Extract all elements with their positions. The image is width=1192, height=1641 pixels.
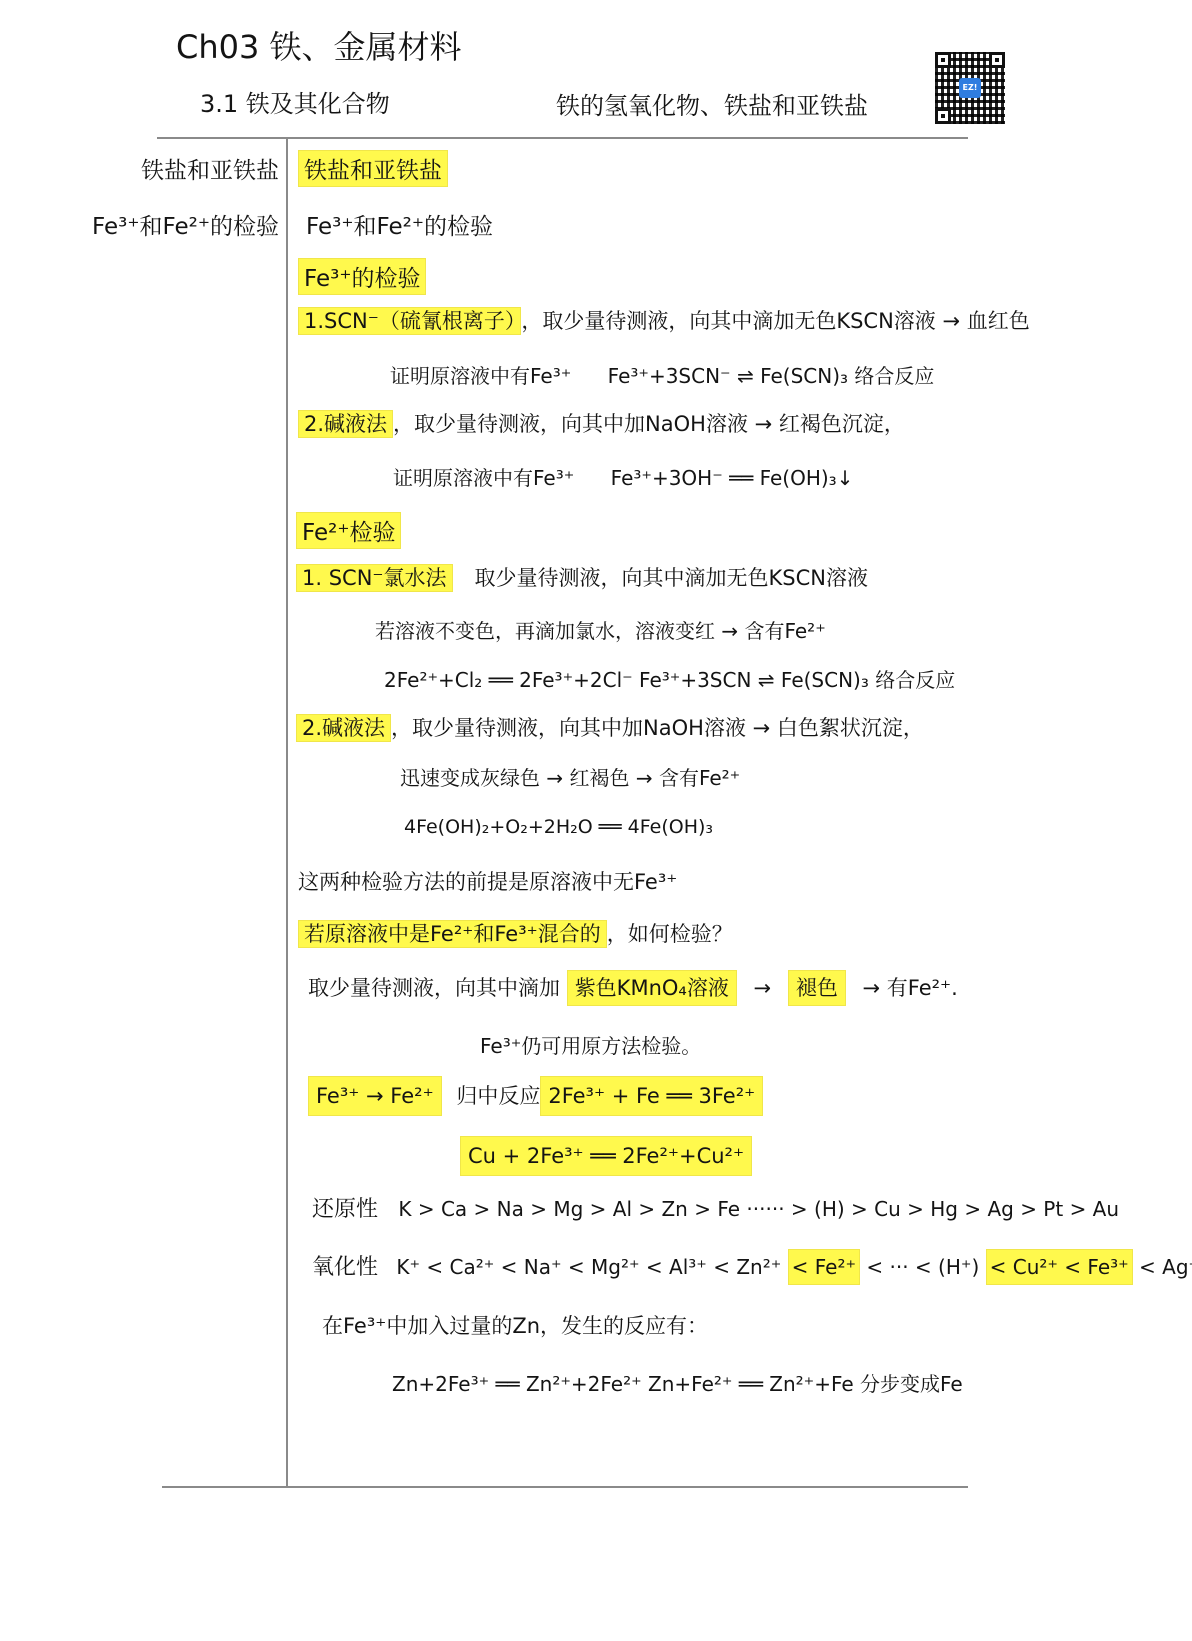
reducing-series-line: 还原性 K > Ca > Na > Mg > Al > Zn > Fe ····…: [312, 1192, 1119, 1223]
qr-finder-icon: [989, 52, 1005, 68]
arrow-icon: →: [754, 976, 772, 1000]
fe2-method2-line: 2.碱液法，取少量待测液，向其中加NaOH溶液 → 白色絮状沉淀，: [296, 712, 924, 742]
mixed-answer-decolor: 褪色: [788, 970, 846, 1006]
fe2-method2-step2: 迅速变成灰绿色 → 红褐色 → 含有Fe²⁺: [400, 762, 740, 791]
zn-equations: Zn+2Fe³⁺ ══ Zn²⁺+2Fe²⁺ Zn+Fe²⁺ ══ Zn²⁺+F…: [392, 1368, 963, 1397]
cue-column-divider: [286, 137, 288, 1487]
notes-subheading: Fe³⁺和Fe²⁺的检验: [306, 208, 493, 241]
premise-note: 这两种检验方法的前提是原溶液中无Fe³⁺: [298, 866, 677, 896]
bottom-divider: [162, 1486, 968, 1488]
mixed-answer-note: Fe³⁺仍可用原方法检验。: [480, 1030, 701, 1059]
oxidizing-series-post: < Ag⁺: [1133, 1255, 1192, 1279]
fe3-method1-text: ，取少量待测液，向其中滴加无色KSCN溶液 → 血红色: [521, 309, 1029, 333]
qr-finder-icon: [935, 108, 951, 124]
topic-title: 铁的氢氧化物、铁盐和亚铁盐: [556, 86, 868, 121]
conversion-equation-2: Cu + 2Fe³⁺ ══ 2Fe²⁺+Cu²⁺: [460, 1136, 752, 1176]
fe2-method1-line: 1. SCN⁻氯水法取少量待测液，向其中滴加无色KSCN溶液: [296, 562, 868, 592]
cue-item-ion-test: Fe³⁺和Fe²⁺的检验: [92, 208, 279, 241]
fe2-method2-label: 2.碱液法: [296, 714, 391, 742]
fe2-method1-label: 1. SCN⁻氯水法: [296, 564, 453, 592]
mixed-answer-pre: 取少量待测液，向其中滴加: [308, 976, 560, 1000]
fe3-method1-result: 证明原溶液中有Fe³⁺ Fe³⁺+3SCN⁻ ⇌ Fe(SCN)₃ 络合反应: [390, 360, 934, 389]
fe2-method2-equation: 4Fe(OH)₂+O₂+2H₂O ══ 4Fe(OH)₃: [404, 816, 713, 838]
fe3-method2-text: ，取少量待测液，向其中加NaOH溶液 → 红褐色沉淀，: [393, 412, 905, 436]
reducing-label: 还原性: [312, 1197, 378, 1222]
conversion-equation-1: 2Fe³⁺ + Fe ══ 3Fe²⁺: [540, 1076, 763, 1116]
oxidizing-series-pre: K⁺ < Ca²⁺ < Na⁺ < Mg²⁺ < Al³⁺ < Zn²⁺: [396, 1255, 787, 1279]
fe2-method1-equation: 2Fe²⁺+Cl₂ ══ 2Fe³⁺+2Cl⁻ Fe³⁺+3SCN ⇌ Fe(S…: [384, 664, 955, 693]
mixed-answer-post: → 有Fe²⁺.: [863, 976, 958, 1000]
fe2-method2-text: ，取少量待测液，向其中加NaOH溶液 → 白色絮状沉淀，: [391, 716, 924, 740]
fe2-test-title: Fe²⁺检验: [296, 512, 401, 549]
section-title: 3.1 铁及其化合物: [200, 84, 390, 119]
mixed-question: 若原溶液中是Fe²⁺和Fe³⁺混合的，如何检验？: [298, 918, 733, 948]
fe3-method1-label: 1.SCN⁻（硫氰根离子）: [298, 307, 521, 335]
oxidizing-highlight-fe2: < Fe²⁺: [788, 1249, 860, 1285]
fe3-method2-label: 2.碱液法: [298, 410, 393, 438]
fe3-method2-result: 证明原溶液中有Fe³⁺ Fe³⁺+3OH⁻ ══ Fe(OH)₃↓: [393, 462, 853, 491]
conversion-highlight: Fe³⁺ → Fe²⁺: [308, 1076, 442, 1116]
conversion-label: 归中反应: [456, 1084, 540, 1108]
mixed-answer: 取少量待测液，向其中滴加 紫色KMnO₄溶液 → 褪色 → 有Fe²⁺.: [308, 972, 958, 1002]
fe3-method2-equation: Fe³⁺+3OH⁻ ══ Fe(OH)₃↓: [611, 466, 854, 490]
reducing-series: K > Ca > Na > Mg > Al > Zn > Fe ······ >…: [398, 1197, 1119, 1221]
qr-finder-icon: [935, 52, 951, 68]
fe3-method1-equation: Fe³⁺+3SCN⁻ ⇌ Fe(SCN)₃ 络合反应: [608, 364, 935, 388]
fe3-method1-conclusion: 证明原溶液中有Fe³⁺: [390, 364, 571, 388]
chapter-title: Ch03 铁、金属材料: [176, 22, 462, 68]
qr-logo-icon: EZ!: [959, 78, 981, 98]
top-divider: [157, 137, 968, 139]
oxidizing-series-mid: < ··· < (H⁺): [860, 1255, 986, 1279]
fe3-method2-conclusion: 证明原溶液中有Fe³⁺: [393, 466, 574, 490]
mixed-question-rest: ，如何检验？: [607, 922, 733, 946]
notes-heading: 铁盐和亚铁盐: [298, 150, 448, 187]
zn-question: 在Fe³⁺中加入过量的Zn，发生的反应有：: [322, 1310, 708, 1340]
fe3-test-title: Fe³⁺的检验: [298, 258, 426, 295]
oxidizing-highlight-cu-fe3: < Cu²⁺ < Fe³⁺: [986, 1249, 1133, 1285]
fe3-method2-line: 2.碱液法，取少量待测液，向其中加NaOH溶液 → 红褐色沉淀，: [298, 408, 905, 438]
qr-code-icon: EZ!: [935, 52, 1005, 124]
conversion-line: Fe³⁺ → Fe²⁺ 归中反应2Fe³⁺ + Fe ══ 3Fe²⁺: [308, 1080, 763, 1110]
mixed-question-highlight: 若原溶液中是Fe²⁺和Fe³⁺混合的: [298, 920, 607, 948]
oxidizing-label: 氧化性: [312, 1255, 378, 1280]
fe3-method1-line: 1.SCN⁻（硫氰根离子），取少量待测液，向其中滴加无色KSCN溶液 → 血红色: [298, 305, 1030, 335]
mixed-answer-kmno4: 紫色KMnO₄溶液: [567, 970, 737, 1006]
oxidizing-series-line: 氧化性 K⁺ < Ca²⁺ < Na⁺ < Mg²⁺ < Al³⁺ < Zn²⁺…: [312, 1250, 1192, 1281]
fe2-method1-text: 取少量待测液，向其中滴加无色KSCN溶液: [475, 566, 868, 590]
cue-item-salts: 铁盐和亚铁盐: [141, 152, 279, 185]
fe2-method1-step2: 若溶液不变色，再滴加氯水，溶液变红 → 含有Fe²⁺: [375, 615, 826, 644]
